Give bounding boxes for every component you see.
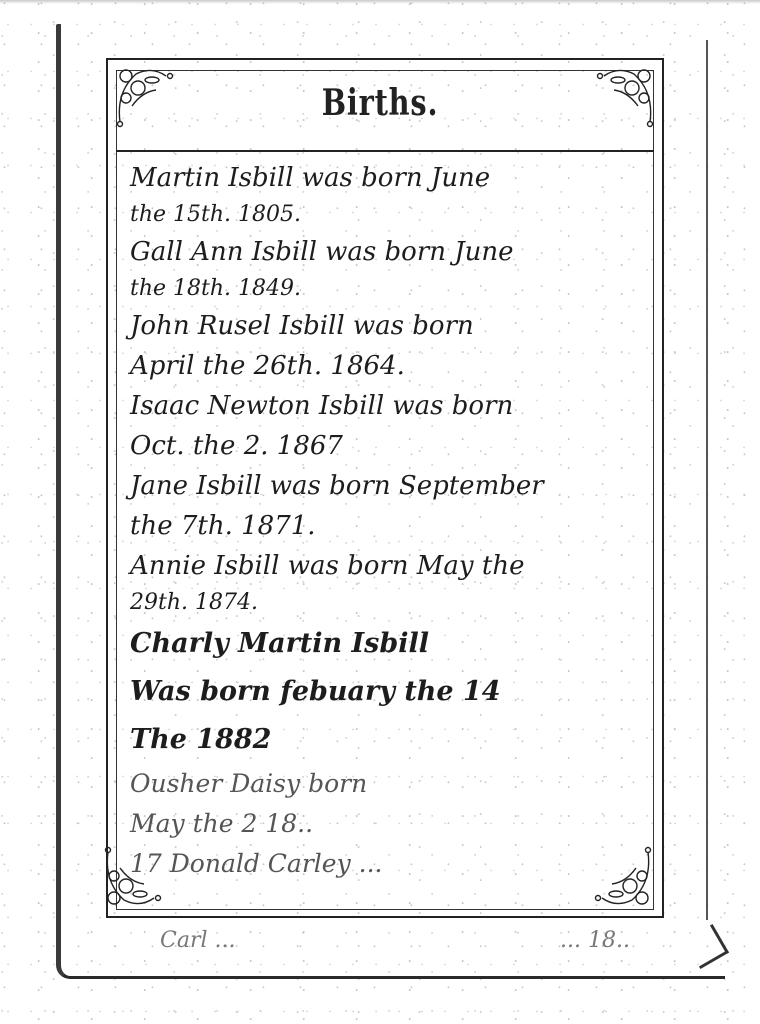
birth-entry: Isaac Newton Isbill was born Oct. the 2.… xyxy=(130,386,630,466)
entry-line: Gall Ann Isbill was born June xyxy=(130,232,630,272)
entry-line: Charly Martin Isbill xyxy=(130,620,630,668)
page-right-edge xyxy=(706,40,710,920)
birth-entry: Martin Isbill was born June the 15th. 18… xyxy=(130,158,630,232)
entry-line: Isaac Newton Isbill was born xyxy=(130,386,630,426)
header-divider xyxy=(116,150,654,152)
entry-line: Annie Isbill was born May the xyxy=(130,546,630,586)
floral-corner-ornament-icon xyxy=(112,62,182,132)
birth-entry: Gall Ann Isbill was born June the 18th. … xyxy=(130,232,630,306)
entry-line: Was born febuary the 14 xyxy=(130,668,630,716)
entry-line: Ousher Daisy born xyxy=(130,764,630,804)
entry-line: The 1882 xyxy=(130,716,630,764)
entry-line: April the 26th. 1864. xyxy=(130,346,630,386)
birth-entry: Charly Martin Isbill Was born febuary th… xyxy=(130,620,630,764)
entry-line: the 7th. 1871. xyxy=(130,506,630,546)
birth-entry: John Rusel Isbill was born April the 26t… xyxy=(130,306,630,386)
entry-line: the 15th. 1805. xyxy=(130,198,630,232)
entry-line: John Rusel Isbill was born xyxy=(130,306,630,346)
scan-top-edge xyxy=(0,0,760,4)
birth-entry: Jane Isbill was born September the 7th. … xyxy=(130,466,630,546)
entry-line: Oct. the 2. 1867 xyxy=(130,426,630,466)
entry-line: 17 Donald Carley ... xyxy=(130,844,630,884)
floral-corner-ornament-icon xyxy=(588,62,658,132)
footer-faded-text-left: Carl ... xyxy=(160,928,235,953)
footer-faded-text-right: ... 18.. xyxy=(560,928,630,953)
entry-line: 29th. 1874. xyxy=(130,586,630,620)
birth-entry: Annie Isbill was born May the 29th. 1874… xyxy=(130,546,630,620)
birth-entry: Ousher Daisy born May the 2 18.. 17 Dona… xyxy=(130,764,630,884)
entry-line: Jane Isbill was born September xyxy=(130,466,630,506)
entry-line: the 18th. 1849. xyxy=(130,272,630,306)
birth-entries: Martin Isbill was born June the 15th. 18… xyxy=(130,158,630,884)
entry-line: May the 2 18.. xyxy=(130,804,630,844)
entry-line: Martin Isbill was born June xyxy=(130,158,630,198)
